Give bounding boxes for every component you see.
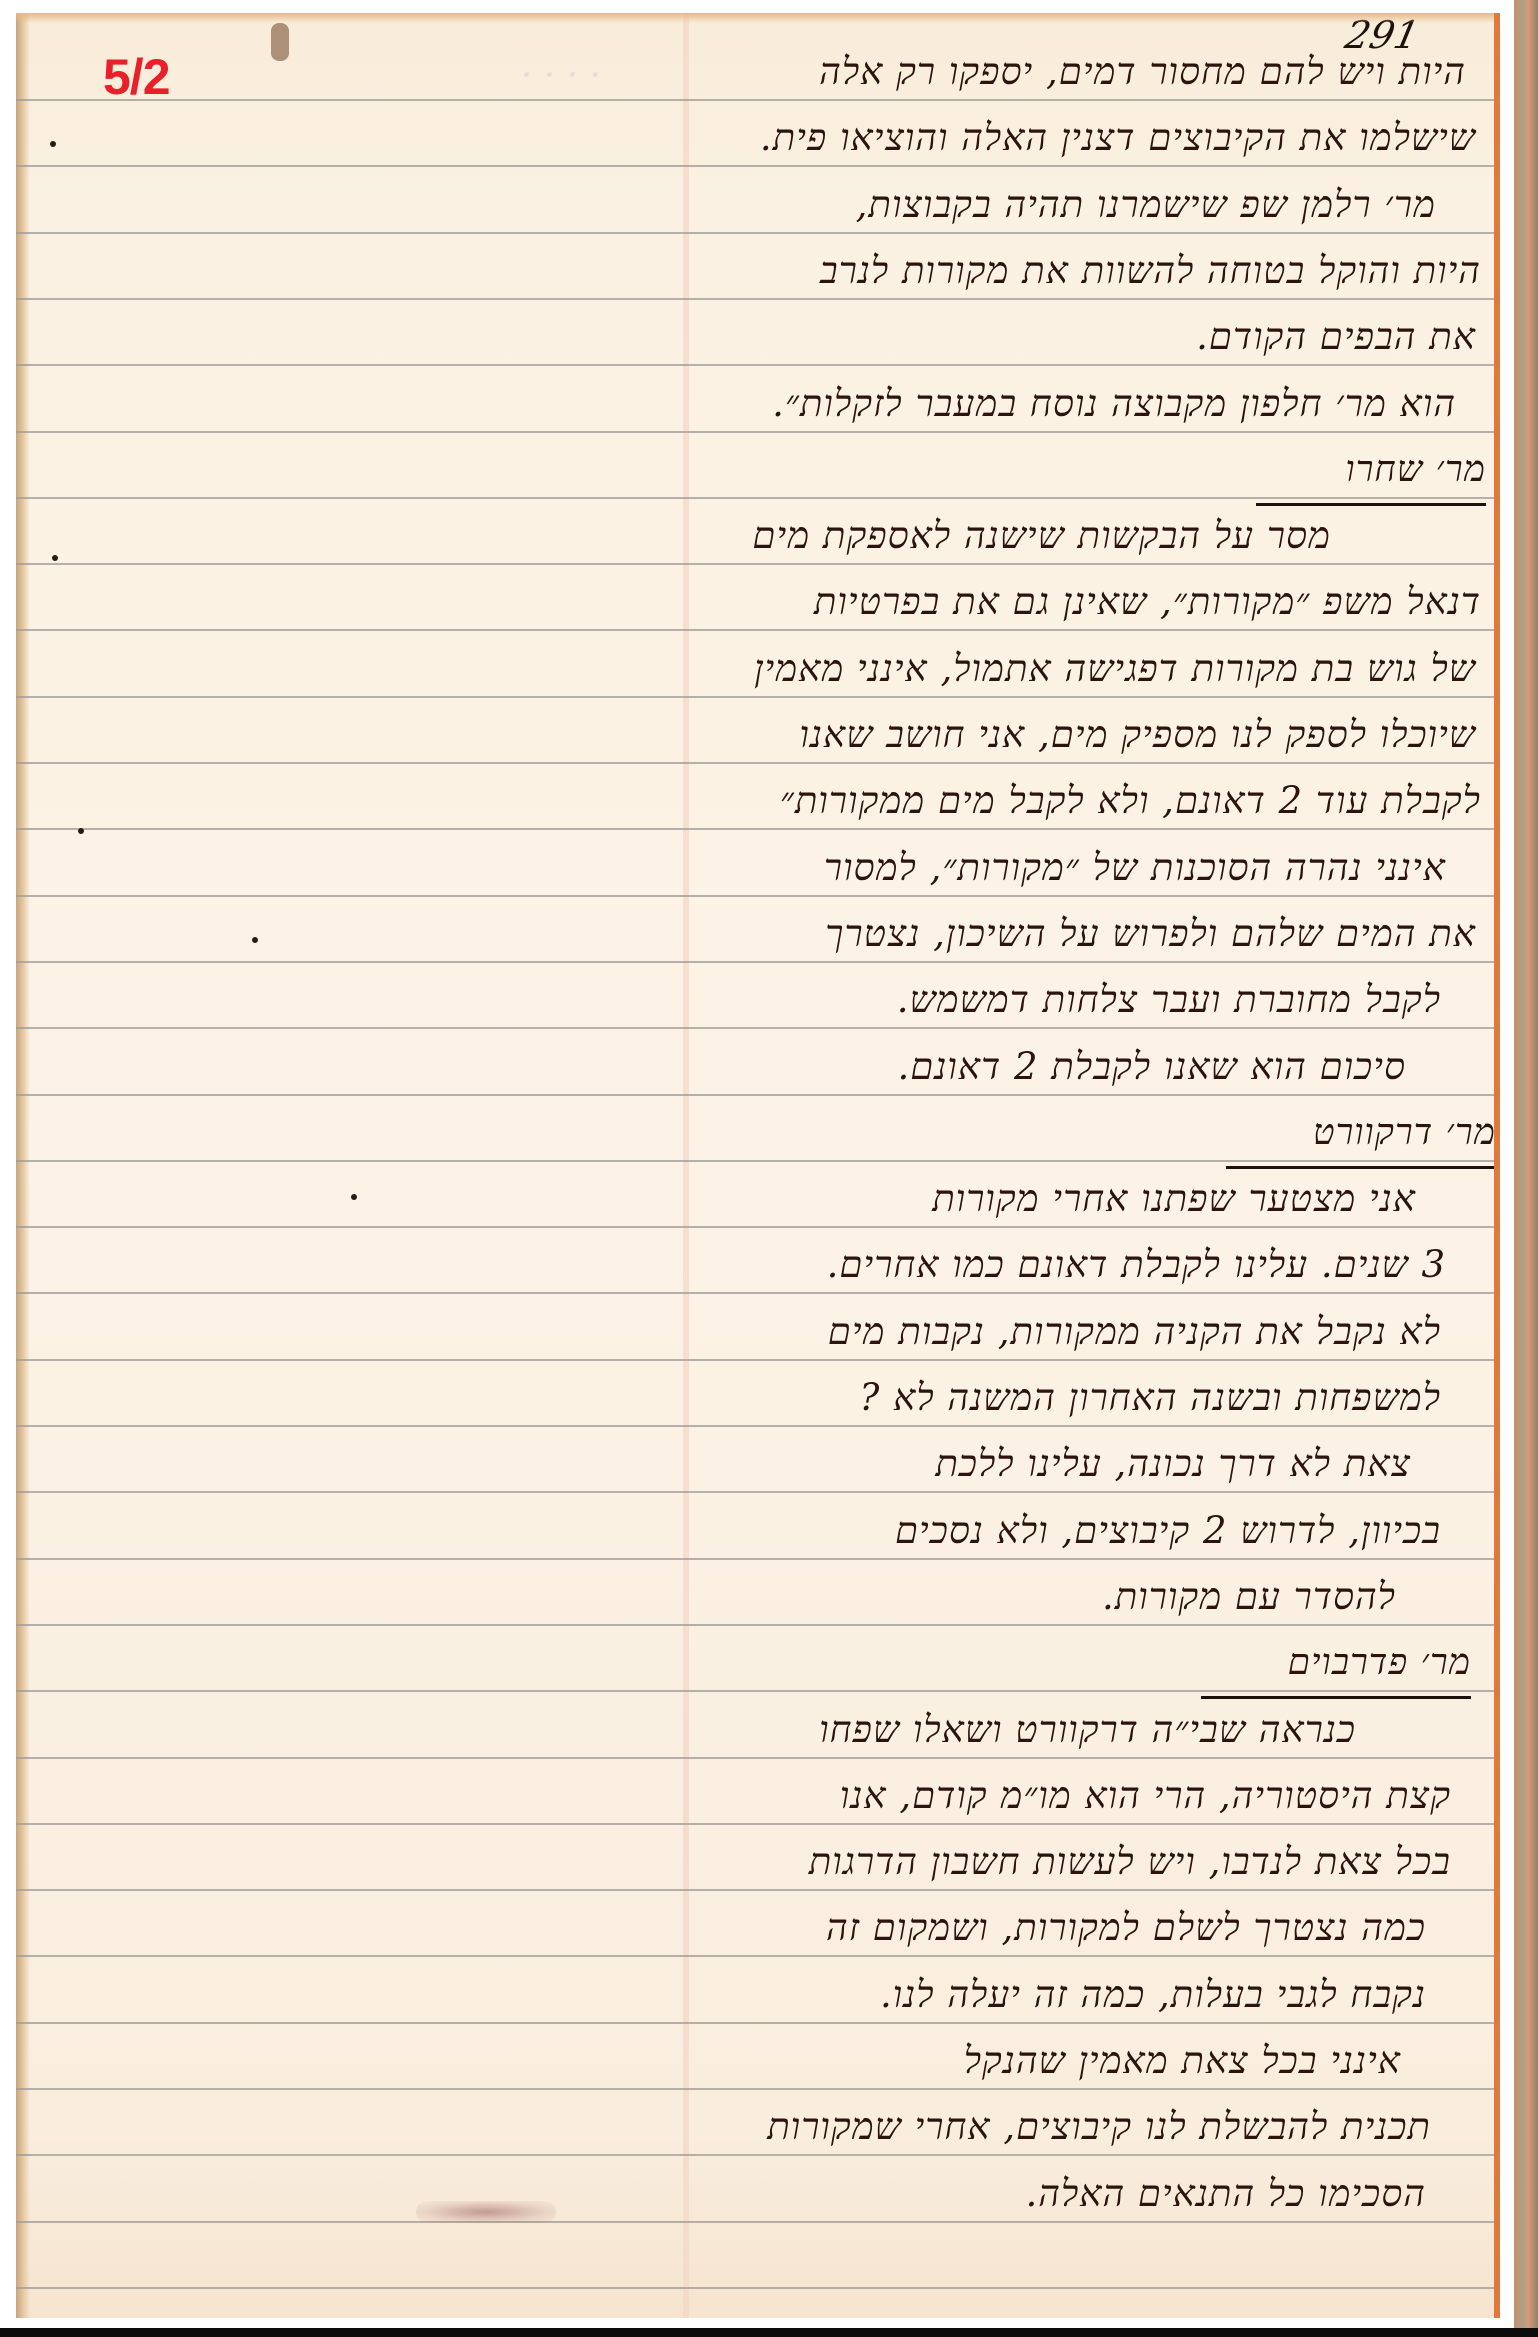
text-line: סיכום הוא שאנו לקבלת 2 דאונם.: [898, 1044, 1406, 1090]
ruled-line: [16, 1027, 1496, 1029]
text-line: אינני נהרה הסוכנות של ״מקורות״, למסור: [824, 845, 1446, 891]
text-line: מסר על הבקשות שישנה לאספקת מים: [752, 513, 1331, 559]
ruled-line: [16, 1160, 1496, 1162]
section-heading: מר׳ שחרו: [1346, 447, 1486, 493]
text-line: למשפחות ובשנה האחרון המשנה לא ?: [860, 1375, 1441, 1421]
ruled-line: [16, 1955, 1496, 1957]
ruled-line: [16, 497, 1496, 499]
ink-smudge: [416, 2201, 556, 2223]
ruled-line: [16, 629, 1496, 631]
text-line: לא נקבל את הקניה ממקורות, נקבות מים: [828, 1309, 1441, 1355]
margin-line: [683, 13, 689, 2318]
ruled-line: [16, 961, 1496, 963]
text-line: את המים שלהם ולפרוש על השיכון, נצטרך: [825, 911, 1476, 957]
text-line: היות והוקל בטוחה להשוות את מקורות לנרב: [820, 248, 1481, 294]
ruled-line: [16, 2088, 1496, 2090]
text-line: דנאל משפ ״מקורות״, שאינן גם את בפרטיות: [814, 579, 1481, 625]
ruled-line: [16, 1558, 1496, 1560]
text-line: כנראה שבי״ה דרקוורט ושאלו שפחו: [819, 1707, 1356, 1753]
speck: [351, 1194, 357, 1200]
ruled-line: [16, 2022, 1496, 2024]
heading-underline: [1256, 503, 1486, 506]
heading-underline: [1226, 1166, 1496, 1169]
ruled-line: [16, 1757, 1496, 1759]
ruled-line: [16, 1292, 1496, 1294]
text-line: מר׳ רלמן ‏שפ שישמרנו תהיה בקבוצות,: [856, 182, 1436, 228]
page-gap: [1500, 0, 1514, 2337]
ruled-line: [16, 895, 1496, 897]
text-line: שיוכלו לספק לנו מספיק מים, אני חושב שאנו: [800, 712, 1476, 758]
ruled-line: [16, 2221, 1496, 2223]
text-line: הוא מר׳ חלפון מקבוצה נוסח במעבר לזקלות״.: [772, 381, 1456, 427]
corner-label: 5/2: [103, 48, 170, 106]
text-line: היות ויש להם מחסור דמים, יספקו רק אלה: [819, 49, 1466, 95]
ruled-line: [16, 1425, 1496, 1427]
ruled-line: [16, 1823, 1496, 1825]
text-line: שישלמו את הקיבוצים דצנין האלה והוציאו פי…: [760, 115, 1476, 161]
ruled-line: [16, 1094, 1496, 1096]
text-line: אני מצטער שפתנו אחרי מקורות: [932, 1176, 1416, 1222]
bleed-through-text: ᐧ ᐧ ᐧ ᐧ: [517, 53, 596, 99]
speck: [252, 937, 258, 943]
ruled-line: [16, 364, 1496, 366]
ruled-line: [16, 1359, 1496, 1361]
ruled-line: [16, 828, 1496, 830]
text-line: של גוש בת מקורות דפגישה אתמול, אינני מאמ…: [754, 646, 1476, 692]
ruled-line: [16, 431, 1496, 433]
notebook-page: ᐧ ᐧ ᐧ ᐧ 5/2 291 היות ויש להם מחסור דמים,…: [16, 13, 1496, 2318]
ruled-line: [16, 2287, 1496, 2289]
ruled-line: [16, 696, 1496, 698]
text-line: את הבפים הקודם.: [1196, 314, 1476, 360]
speck: [52, 555, 58, 561]
text-line: בכיוון, לדרוש 2 קיבוצים, ולא נסכים: [895, 1508, 1441, 1554]
speck: [78, 828, 84, 834]
text-line: צאת לא דרך נכונה, עלינו ללכת: [935, 1441, 1411, 1487]
ruled-line: [16, 232, 1496, 234]
ruled-line: [16, 298, 1496, 300]
ruled-line: [16, 1690, 1496, 1692]
book-binding: [1514, 0, 1538, 2337]
speck: [50, 141, 56, 147]
ruled-line: [16, 1226, 1496, 1228]
text-line: הסכימו כל התנאים האלה.: [1026, 2171, 1427, 2217]
text-line: להסדר עם מקורות.: [1102, 1574, 1396, 1620]
section-heading: מר׳ דרקוורט: [1313, 1110, 1496, 1156]
text-line: כמה נצטרך לשלם למקורות, ושמקום זה: [826, 1905, 1426, 1951]
ruled-line: [16, 1889, 1496, 1891]
ink-stain: [271, 23, 289, 61]
scan-border: [0, 2328, 1538, 2337]
text-line: לקבל מחוברת ועבר צלחות דמשמש.: [897, 977, 1441, 1023]
ruled-line: [16, 2154, 1496, 2156]
text-line: תכנית להבשלת לנו קיבוצים, אחרי שמקורות: [767, 2104, 1431, 2150]
heading-underline: [1201, 1696, 1471, 1699]
text-line: 3 שנים. עלינו לקבלת דאונם כמו אחרים.: [827, 1242, 1446, 1288]
ruled-line: [16, 762, 1496, 764]
ruled-line: [16, 1491, 1496, 1493]
ruled-line: [16, 1624, 1496, 1626]
ruled-line: [16, 165, 1496, 167]
text-line: נקבח לגבי בעלות, כמה זה יעלה לנו.: [880, 1972, 1426, 2018]
section-heading: מר׳ פדרבוים: [1288, 1640, 1471, 1686]
text-line: אינני בכל צאת מאמין שהנקל: [964, 2038, 1401, 2084]
ruled-line: [16, 99, 1496, 101]
text-line: לקבלת עוד 2 דאונם, ולא לקבל מים ממקורות״: [780, 778, 1481, 824]
ruled-line: [16, 563, 1496, 565]
text-line: בכל צאת לנדבו, ויש לעשות חשבון הדרגות: [809, 1839, 1451, 1885]
text-line: קצת היסטוריה, הרי הוא מו״מ קודם, אנו: [840, 1773, 1451, 1819]
